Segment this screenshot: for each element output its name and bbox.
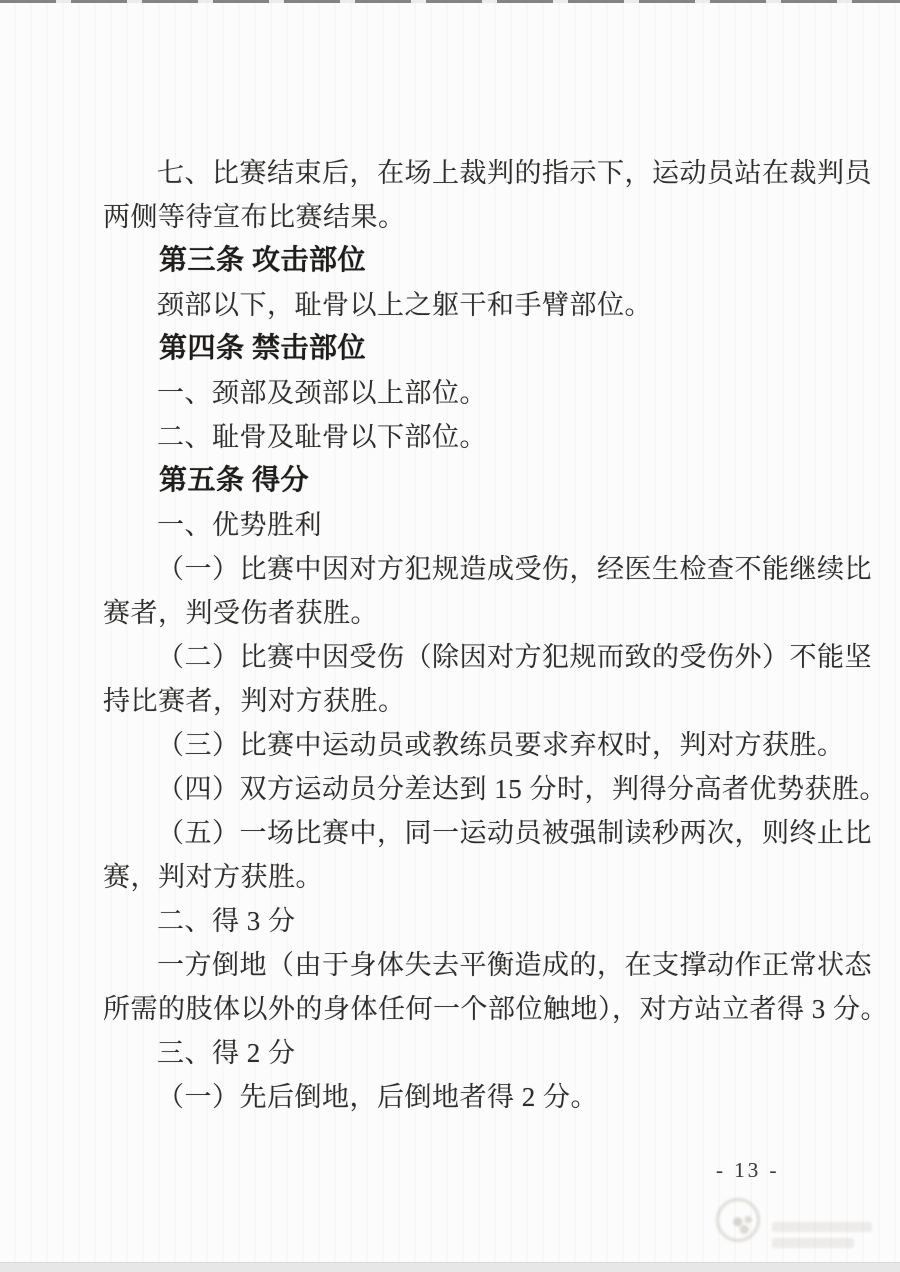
paragraph-forbidden-area-2: 二、耻骨及耻骨以下部位。	[103, 415, 900, 459]
paragraph-score-3-points: 二、得 3 分	[103, 899, 900, 943]
watermark-text-smudge	[772, 1222, 872, 1232]
section-heading-article-3: 第三条 攻击部位	[103, 239, 900, 283]
scan-edge-artifact-bottom	[0, 1262, 900, 1272]
paragraph-superiority-win: 一、优势胜利	[103, 503, 900, 547]
watermark-text-smudge	[772, 1238, 854, 1248]
page-number: - 13 -	[716, 1158, 780, 1183]
paragraph-rule-seven: 七、比赛结束后，在场上裁判的指示下，运动员站在裁判员 两侧等待宣布比赛结果。	[103, 151, 900, 239]
section-heading-article-5: 第五条 得分	[103, 459, 900, 503]
scan-edge-artifact-top	[0, 0, 900, 3]
paragraph-score-2-points: 三、得 2 分	[103, 1031, 900, 1075]
paragraph-forbidden-area-1: 一、颈部及颈部以上部位。	[103, 371, 900, 415]
watermark-emblem-icon	[730, 1213, 756, 1235]
paragraph-score-2-points-clause-1: （一）先后倒地，后倒地者得 2 分。	[103, 1075, 900, 1119]
paragraph-win-clause-4: （四）双方运动员分差达到 15 分时，判得分高者优势获胜。	[103, 767, 900, 811]
document-body: 七、比赛结束后，在场上裁判的指示下，运动员站在裁判员 两侧等待宣布比赛结果。 第…	[103, 151, 900, 1119]
paragraph-score-3-points-detail: 一方倒地（由于身体失去平衡造成的，在支撑动作正常状态 所需的肢体以外的身体任何一…	[103, 943, 900, 1031]
paragraph-win-clause-3: （三）比赛中运动员或教练员要求弃权时，判对方获胜。	[103, 723, 900, 767]
watermark-circle-icon	[716, 1198, 760, 1242]
scanned-document-page: 七、比赛结束后，在场上裁判的指示下，运动员站在裁判员 两侧等待宣布比赛结果。 第…	[0, 0, 900, 1272]
paragraph-attack-areas: 颈部以下，耻骨以上之躯干和手臂部位。	[103, 283, 900, 327]
section-heading-article-4: 第四条 禁击部位	[103, 327, 900, 371]
paragraph-win-clause-5: （五）一场比赛中，同一运动员被强制读秒两次，则终止比 赛，判对方获胜。	[103, 811, 900, 899]
watermark-stamp	[714, 1196, 884, 1256]
paragraph-win-clause-2: （二）比赛中因受伤（除因对方犯规而致的受伤外）不能坚 持比赛者，判对方获胜。	[103, 635, 900, 723]
paragraph-win-clause-1: （一）比赛中因对方犯规造成受伤，经医生检查不能继续比 赛者，判受伤者获胜。	[103, 547, 900, 635]
